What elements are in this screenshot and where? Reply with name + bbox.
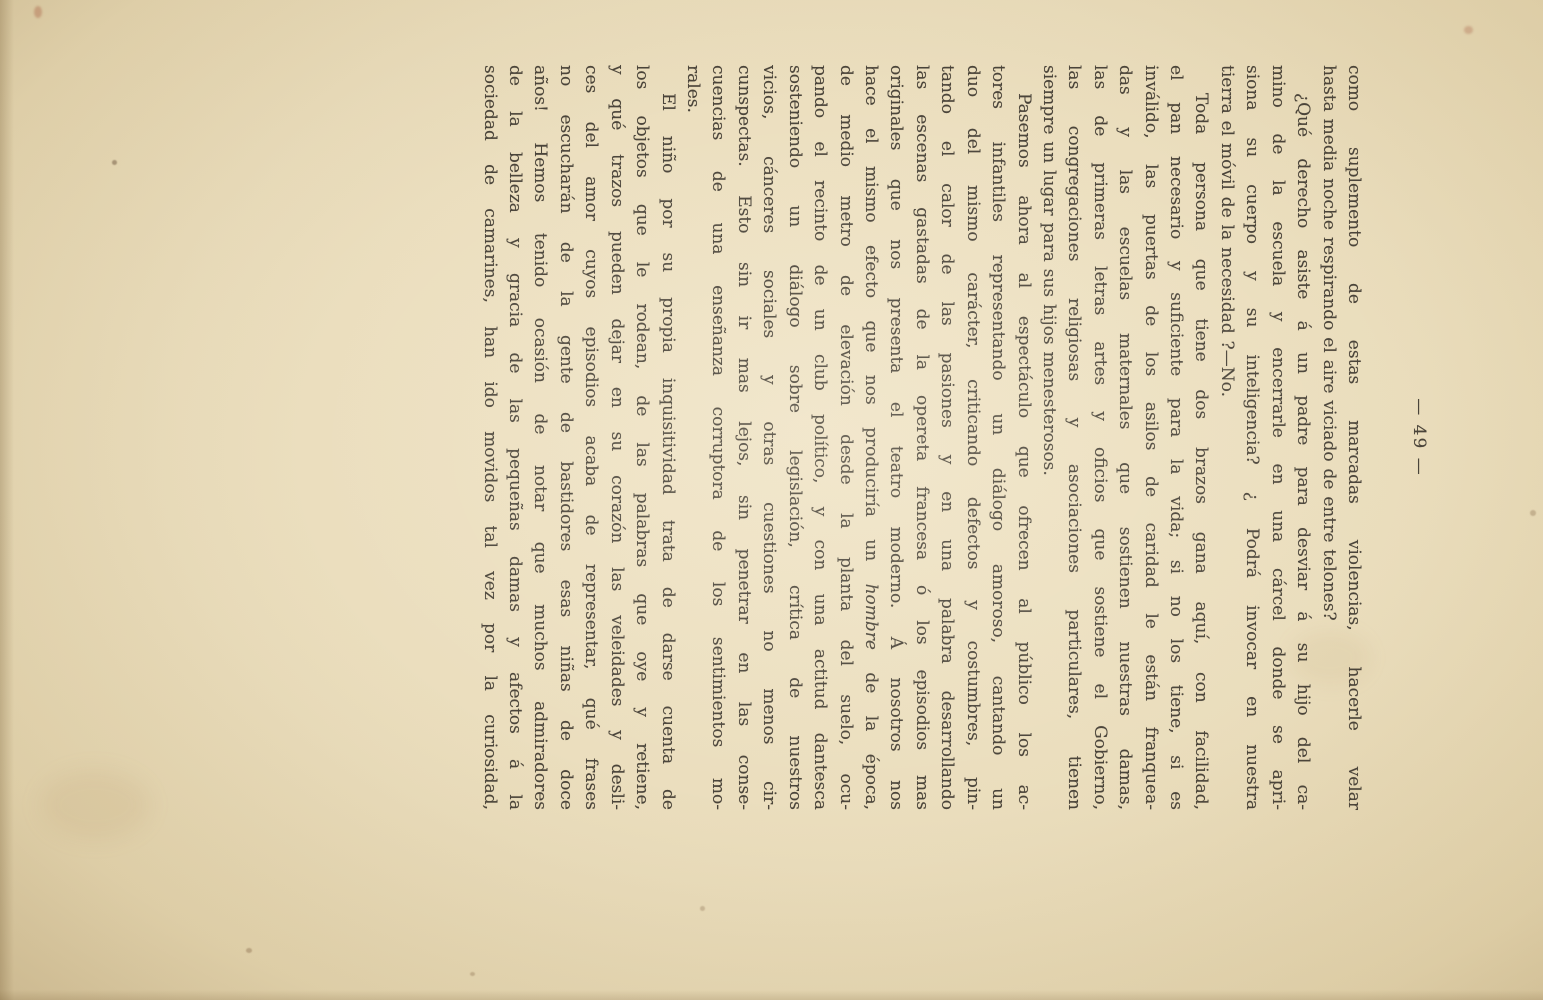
text-line: sociedad de camarines, han ido movidos t…	[476, 65, 501, 810]
paper-stain	[1464, 26, 1473, 34]
text-line: vicios, cánceres sociales y otras cuesti…	[756, 65, 781, 810]
text-line: tierra el móvil de la necesidad ?—No.	[1213, 65, 1238, 810]
paper-stain	[246, 948, 252, 953]
text-line: inválido, las puertas de los asilos de c…	[1137, 65, 1162, 810]
text-line: cuencias de una enseñanza corruptora de …	[705, 65, 730, 810]
text-line: y qué trazos pueden dejar en su corazón …	[603, 65, 628, 810]
text-line: sosteniendo un diálogo sobre legislación…	[781, 65, 806, 810]
text-line: Toda persona que tiene dos brazos gana a…	[1188, 65, 1213, 810]
text-line: los objetos que le rodean, de las palabr…	[629, 65, 654, 810]
text-line: El niño por su propia inquisitividad tra…	[654, 65, 679, 810]
text-line: das y las escuelas maternales que sostie…	[1112, 65, 1137, 810]
text-line: de la belleza y gracia de las pequeñas d…	[502, 65, 527, 810]
text-line: ces del amor cuyos episodios acaba de re…	[578, 65, 603, 810]
paper-stain	[112, 160, 117, 165]
text-line: las de primeras letras artes y oficios q…	[1086, 65, 1111, 810]
scanned-book-page: — 49 — como suplemento de estas marcadas…	[0, 0, 1543, 1000]
text-line: Pasemos ahora al espectáculo que ofrecen…	[1010, 65, 1035, 810]
page-number: — 49 —	[1406, 65, 1432, 810]
text-line: mino de la escuela y encerrarle en una c…	[1264, 65, 1289, 810]
text-block: como suplemento de estas marcadas violen…	[476, 65, 1366, 810]
text-line: cunspectas. Esto sin ir mas lejos, sin p…	[730, 65, 755, 810]
text-line: siona su cuerpo y su inteligencia? ¿ Pod…	[1239, 65, 1264, 810]
paper-stain	[40, 770, 150, 840]
text-line: originales que nos presenta el teatro mo…	[883, 65, 908, 810]
text-line: hasta media noche respirando el aire vic…	[1315, 65, 1340, 810]
text-line: las escenas gastadas de la opereta franc…	[908, 65, 933, 810]
text-line: tores infantiles representando un diálog…	[985, 65, 1010, 810]
text-line: como suplemento de estas marcadas violen…	[1341, 65, 1366, 810]
page-edge-shadow	[0, 990, 1543, 1000]
text-line: años! Hemos tenido ocasión de notar que …	[527, 65, 552, 810]
paper-stain	[34, 6, 42, 18]
text-line: las congregaciones religiosas y asociaci…	[1061, 65, 1086, 810]
text-line: no escucharán de la gente de bastidores …	[553, 65, 578, 810]
text-line: siempre un lugar para sus hijos menester…	[1036, 65, 1061, 810]
text-line: duo del mismo carácter, criticando defec…	[959, 65, 984, 810]
text-line: hace el mismo efecto que nos produciría …	[858, 65, 883, 810]
text-line: tando el calor de las pasiones y en una …	[934, 65, 959, 810]
text-line: rales.	[680, 65, 705, 810]
paper-stain	[700, 906, 705, 911]
rotated-page-content: — 49 — como suplemento de estas marcadas…	[476, 65, 1438, 810]
text-line: pando el recinto de un club político, y …	[807, 65, 832, 810]
paper-stain	[1530, 510, 1536, 516]
page-edge-shadow	[0, 0, 14, 1000]
text-line: ¿Qué derecho asiste á un padre para desv…	[1290, 65, 1315, 810]
paper-stain	[470, 972, 475, 976]
text-line: el pan necesario y suficiente para la vi…	[1163, 65, 1188, 810]
text-line: de medio metro de elevación desde la pla…	[832, 65, 857, 810]
